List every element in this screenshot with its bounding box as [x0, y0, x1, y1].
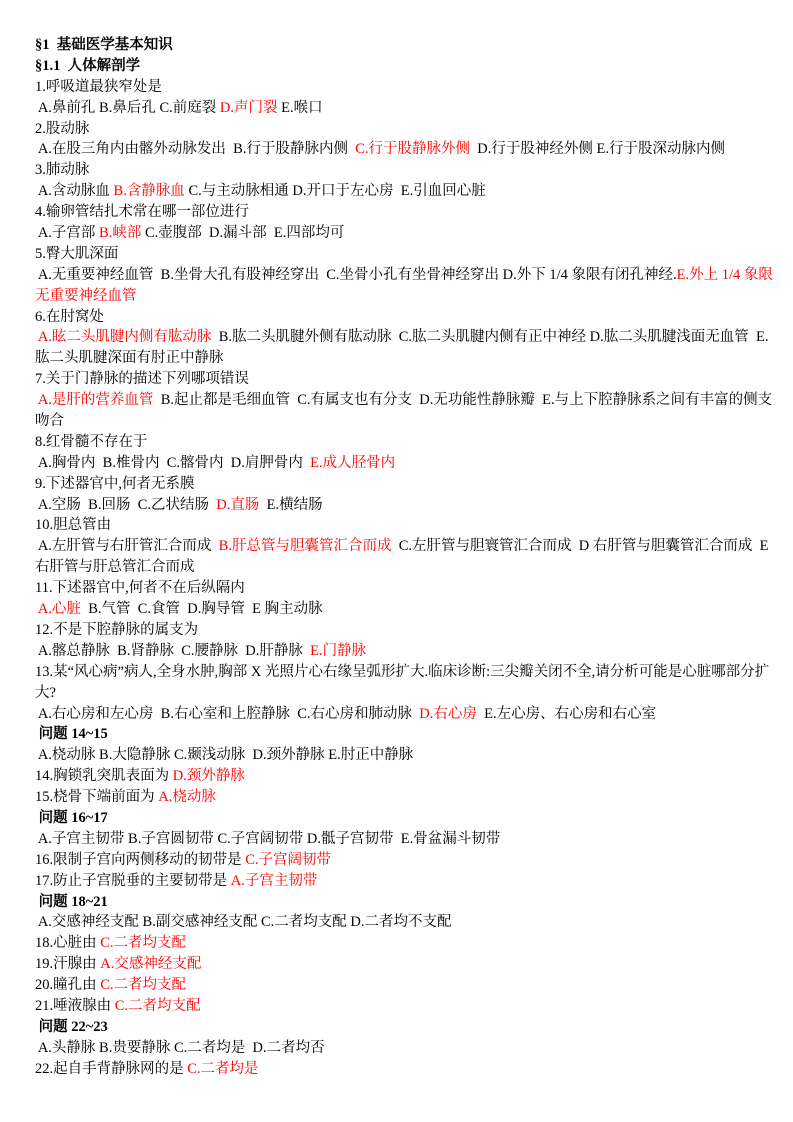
question-15: 15.桡骨下端前面为 A.桡动脉: [35, 787, 759, 808]
body-text: C.与主动脉相通 D.开口于左心房 E.引血回心脏: [185, 183, 486, 199]
body-text: 问题 22~23: [35, 1019, 108, 1035]
question-3: 3.肺动脉: [35, 160, 759, 181]
body-text: A.子宫部: [35, 225, 99, 241]
question-5: 5.臀大肌深面: [35, 244, 759, 265]
question-11-options: A.心脏 B.气管 C.食管 D.胸导管 E 胸主动脉: [35, 599, 759, 620]
body-text: 问题 14~15: [35, 726, 108, 742]
body-text: 20.瞳孔由: [35, 977, 100, 993]
question-13-cont: 大?: [35, 683, 759, 704]
group-18-21-heading: 问题 18~21: [35, 892, 759, 913]
body-text: B.肱二头肌腱外侧有肱动脉 C.肱二头肌腱内侧有正中神经 D.肱二头肌腱浅面无血…: [211, 329, 768, 345]
body-text: 10.胆总管由: [35, 517, 111, 533]
body-text: 1.呼吸道最狭窄处是: [35, 79, 162, 95]
body-text: 22.起自手背静脉网的是: [35, 1061, 187, 1077]
group-14-15-heading: 问题 14~15: [35, 724, 759, 745]
answer-text: A.交感神经支配: [100, 956, 201, 972]
question-12: 12.不是下腔静脉的属支为: [35, 620, 759, 641]
body-text: A.右心房和左心房 B.右心室和上腔静脉 C.右心房和肺动脉: [35, 706, 419, 722]
question-6: 6.在肘窝处: [35, 307, 759, 328]
answer-text: A.眩二头肌腱内侧有肱动脉: [38, 329, 212, 345]
body-text: 16.限制子宫向两侧移动的韧带是: [35, 852, 245, 868]
question-1: 1.呼吸道最狭窄处是: [35, 77, 759, 98]
body-text: 8.红骨髓不存在于: [35, 434, 147, 450]
body-text: A.交感神经支配 B.副交感神经支配 C.二者均支配 D.二者均不支配: [35, 914, 451, 930]
body-text: 15.桡骨下端前面为: [35, 789, 158, 805]
question-10-options: A.左肝管与右肝管汇合而成 B.肝总管与胆囊管汇合而成 C.左肝管与胆寰管汇合而…: [35, 536, 759, 557]
body-text: 21.唾液腺由: [35, 998, 115, 1014]
body-text: 17.防止子宫脱垂的主要韧带是: [35, 873, 231, 889]
answer-text: D.右心房: [419, 706, 477, 722]
question-5-options-cont: 无重要神经血管: [35, 286, 759, 307]
body-text: 4.输卵管结扎术常在哪一部位进行: [35, 204, 249, 220]
question-13: 13.某“风心病”病人,全身水肿,胸部 X 光照片心右缘呈弧形扩大.临床诊断:三…: [35, 662, 759, 683]
question-12-options: A.髂总静脉 B.肾静脉 C.腰静脉 D.肝静脉 E.门静脉: [35, 641, 759, 662]
group-22-23-options: A.头静脉 B.贵要静脉 C.二者均是 D.二者均否: [35, 1038, 759, 1059]
question-5-options: A.无重要神经血管 B.坐骨大孔有股神经穿出 C.坐骨小孔有坐骨神经穿出 D.外…: [35, 265, 759, 286]
body-text: E.喉口: [278, 100, 323, 116]
question-18: 18.心脏由 C.二者均支配: [35, 933, 759, 954]
group-14-15-options: A.桡动脉 B.大隐静脉 C.颞浅动脉 D.颈外静脉 E.肘正中静脉: [35, 745, 759, 766]
body-text: A.左肝管与右肝管汇合而成: [35, 538, 219, 554]
body-text: 吻合: [35, 413, 64, 429]
body-text: 大?: [35, 685, 56, 701]
body-text: A.含动脉血: [35, 183, 114, 199]
question-16: 16.限制子宫向两侧移动的韧带是 C.子宫阔韧带: [35, 850, 759, 871]
group-22-23-heading: 问题 22~23: [35, 1017, 759, 1038]
body-text: A.在股三角内由髂外动脉发出 B.行于股静脉内侧: [35, 141, 355, 157]
body-text: C.壶腹部 D.漏斗部 E.四部均可: [141, 225, 344, 241]
question-6-options: A.眩二头肌腱内侧有肱动脉 B.肱二头肌腱外侧有肱动脉 C.肱二头肌腱内侧有正中…: [35, 327, 759, 348]
body-text: A.无重要神经血管 B.坐骨大孔有股神经穿出 C.坐骨小孔有坐骨神经穿出 D.外…: [35, 267, 677, 283]
question-22: 22.起自手背静脉网的是 C.二者均是: [35, 1059, 759, 1080]
body-text: 问题 18~21: [35, 894, 108, 910]
answer-text: E.成人胫骨内: [310, 455, 395, 471]
question-6-options-cont: 肱二头肌腱深面有肘正中静脉: [35, 348, 759, 369]
answer-text: 无重要神经血管: [35, 288, 137, 304]
body-text: 11.下述器官中,何者不在后纵隔内: [35, 580, 245, 596]
question-2-options: A.在股三角内由髂外动脉发出 B.行于股静脉内侧 C.行于股静脉外侧 D.行于股…: [35, 139, 759, 160]
question-11: 11.下述器官中,何者不在后纵隔内: [35, 578, 759, 599]
question-3-options: A.含动脉血 B.含静脉血 C.与主动脉相通 D.开口于左心房 E.引血回心脏: [35, 181, 759, 202]
answer-text: C.子宫阔韧带: [245, 852, 331, 868]
body-text: A.髂总静脉 B.肾静脉 C.腰静脉 D.肝静脉: [35, 643, 310, 659]
body-text: E.左心房、右心房和右心室: [477, 706, 656, 722]
body-text: 2.股动脉: [35, 121, 89, 137]
body-text: 右肝管与肝总管汇合而成: [35, 559, 195, 575]
document-body: §1 基础医学基本知识§1.1 人体解剖学1.呼吸道最狭窄处是 A.鼻前孔 B.…: [35, 35, 759, 1080]
answer-text: A.心脏: [38, 601, 81, 617]
group-18-21-options: A.交感神经支配 B.副交感神经支配 C.二者均支配 D.二者均不支配: [35, 912, 759, 933]
body-text: A.子宫主韧带 B.子宫圆韧带 C.子宫阔韧带 D.骶子宫韧带 E.骨盆漏斗韧带: [35, 831, 500, 847]
question-7: 7.关于门静脉的描述下列哪项错误: [35, 369, 759, 390]
body-text: §1.1 人体解剖学: [35, 58, 140, 74]
body-text: E.横结肠: [259, 497, 322, 513]
answer-text: E.门静脉: [310, 643, 366, 659]
answer-text: C.二者均是: [187, 1061, 258, 1077]
body-text: 14.胸锁乳突肌表面为: [35, 768, 173, 784]
question-14: 14.胸锁乳突肌表面为 D.颈外静脉: [35, 766, 759, 787]
question-8: 8.红骨髓不存在于: [35, 432, 759, 453]
body-text: 9.下述器官中,何者无系膜: [35, 476, 195, 492]
answer-text: C.二者均支配: [100, 935, 186, 951]
subsection-heading: §1.1 人体解剖学: [35, 56, 759, 77]
answer-text: D.直肠: [216, 497, 259, 513]
question-4: 4.输卵管结扎术常在哪一部位进行: [35, 202, 759, 223]
question-9-options: A.空肠 B.回肠 C.乙状结肠 D.直肠 E.横结肠: [35, 495, 759, 516]
question-4-options: A.子宫部 B.峡部 C.壶腹部 D.漏斗部 E.四部均可: [35, 223, 759, 244]
body-text: 问题 16~17: [35, 810, 108, 826]
answer-text: A.桡动脉: [158, 789, 216, 805]
question-2: 2.股动脉: [35, 119, 759, 140]
body-text: 肱二头肌腱深面有肘正中静脉: [35, 350, 224, 366]
answer-text: C.二者均支配: [100, 977, 186, 993]
answer-text: D.声门裂: [220, 100, 278, 116]
body-text: 18.心脏由: [35, 935, 100, 951]
question-20: 20.瞳孔由 C.二者均支配: [35, 975, 759, 996]
question-8-options: A.胸骨内 B.椎骨内 C.髂骨内 D.肩胛骨内 E.成人胫骨内: [35, 453, 759, 474]
answer-text: A.子宫主韧带: [231, 873, 318, 889]
body-text: A.鼻前孔 B.鼻后孔 C.前庭裂: [35, 100, 220, 116]
answer-text: D.颈外静脉: [173, 768, 245, 784]
question-19: 19.汗腺由 A.交感神经支配: [35, 954, 759, 975]
body-text: 19.汗腺由: [35, 956, 100, 972]
body-text: 7.关于门静脉的描述下列哪项错误: [35, 371, 249, 387]
answer-text: B.肝总管与胆囊管汇合而成: [219, 538, 392, 554]
body-text: A.头静脉 B.贵要静脉 C.二者均是 D.二者均否: [35, 1040, 325, 1056]
body-text: 3.肺动脉: [35, 162, 89, 178]
body-text: A.桡动脉 B.大隐静脉 C.颞浅动脉 D.颈外静脉 E.肘正中静脉: [35, 747, 413, 763]
body-text: 6.在肘窝处: [35, 309, 104, 325]
body-text: §1 基础医学基本知识: [35, 37, 173, 53]
answer-text: B.含静脉血: [114, 183, 185, 199]
answer-text: A.是肝的营养血管: [38, 392, 154, 408]
question-7-options: A.是肝的营养血管 B.起止都是毛细血管 C.有属支也有分支 D.无功能性静脉瓣…: [35, 390, 759, 411]
group-16-17-options: A.子宫主韧带 B.子宫圆韧带 C.子宫阔韧带 D.骶子宫韧带 E.骨盆漏斗韧带: [35, 829, 759, 850]
answer-text: C.行于股静脉外侧: [355, 141, 470, 157]
body-text: A.空肠 B.回肠 C.乙状结肠: [35, 497, 216, 513]
answer-text: B.峡部: [99, 225, 141, 241]
section-heading: §1 基础医学基本知识: [35, 35, 759, 56]
question-10: 10.胆总管由: [35, 515, 759, 536]
body-text: 12.不是下腔静脉的属支为: [35, 622, 198, 638]
answer-text: E.外上 1/4 象限: [677, 267, 773, 283]
body-text: B.起止都是毛细血管 C.有属支也有分支 D.无功能性静脉瓣 E.与上下腔静脉系…: [153, 392, 772, 408]
answer-text: C.二者均支配: [115, 998, 201, 1014]
group-16-17-heading: 问题 16~17: [35, 808, 759, 829]
question-13-options: A.右心房和左心房 B.右心室和上腔静脉 C.右心房和肺动脉 D.右心房 E.左…: [35, 704, 759, 725]
body-text: 5.臀大肌深面: [35, 246, 118, 262]
question-17: 17.防止子宫脱垂的主要韧带是 A.子宫主韧带: [35, 871, 759, 892]
body-text: 13.某“风心病”病人,全身水肿,胸部 X 光照片心右缘呈弧形扩大.临床诊断:三…: [35, 664, 769, 680]
question-1-options: A.鼻前孔 B.鼻后孔 C.前庭裂 D.声门裂 E.喉口: [35, 98, 759, 119]
question-21: 21.唾液腺由 C.二者均支配: [35, 996, 759, 1017]
body-text: A.胸骨内 B.椎骨内 C.髂骨内 D.肩胛骨内: [35, 455, 310, 471]
document-page: §1 基础医学基本知识§1.1 人体解剖学1.呼吸道最狭窄处是 A.鼻前孔 B.…: [0, 0, 793, 1122]
question-10-options-cont: 右肝管与肝总管汇合而成: [35, 557, 759, 578]
body-text: D.行于股神经外侧 E.行于股深动脉内侧: [470, 141, 725, 157]
body-text: B.气管 C.食管 D.胸导管 E 胸主动脉: [81, 601, 323, 617]
question-7-options-cont: 吻合: [35, 411, 759, 432]
question-9: 9.下述器官中,何者无系膜: [35, 474, 759, 495]
body-text: C.左肝管与胆寰管汇合而成 D 右肝管与胆囊管汇合而成 E: [391, 538, 768, 554]
